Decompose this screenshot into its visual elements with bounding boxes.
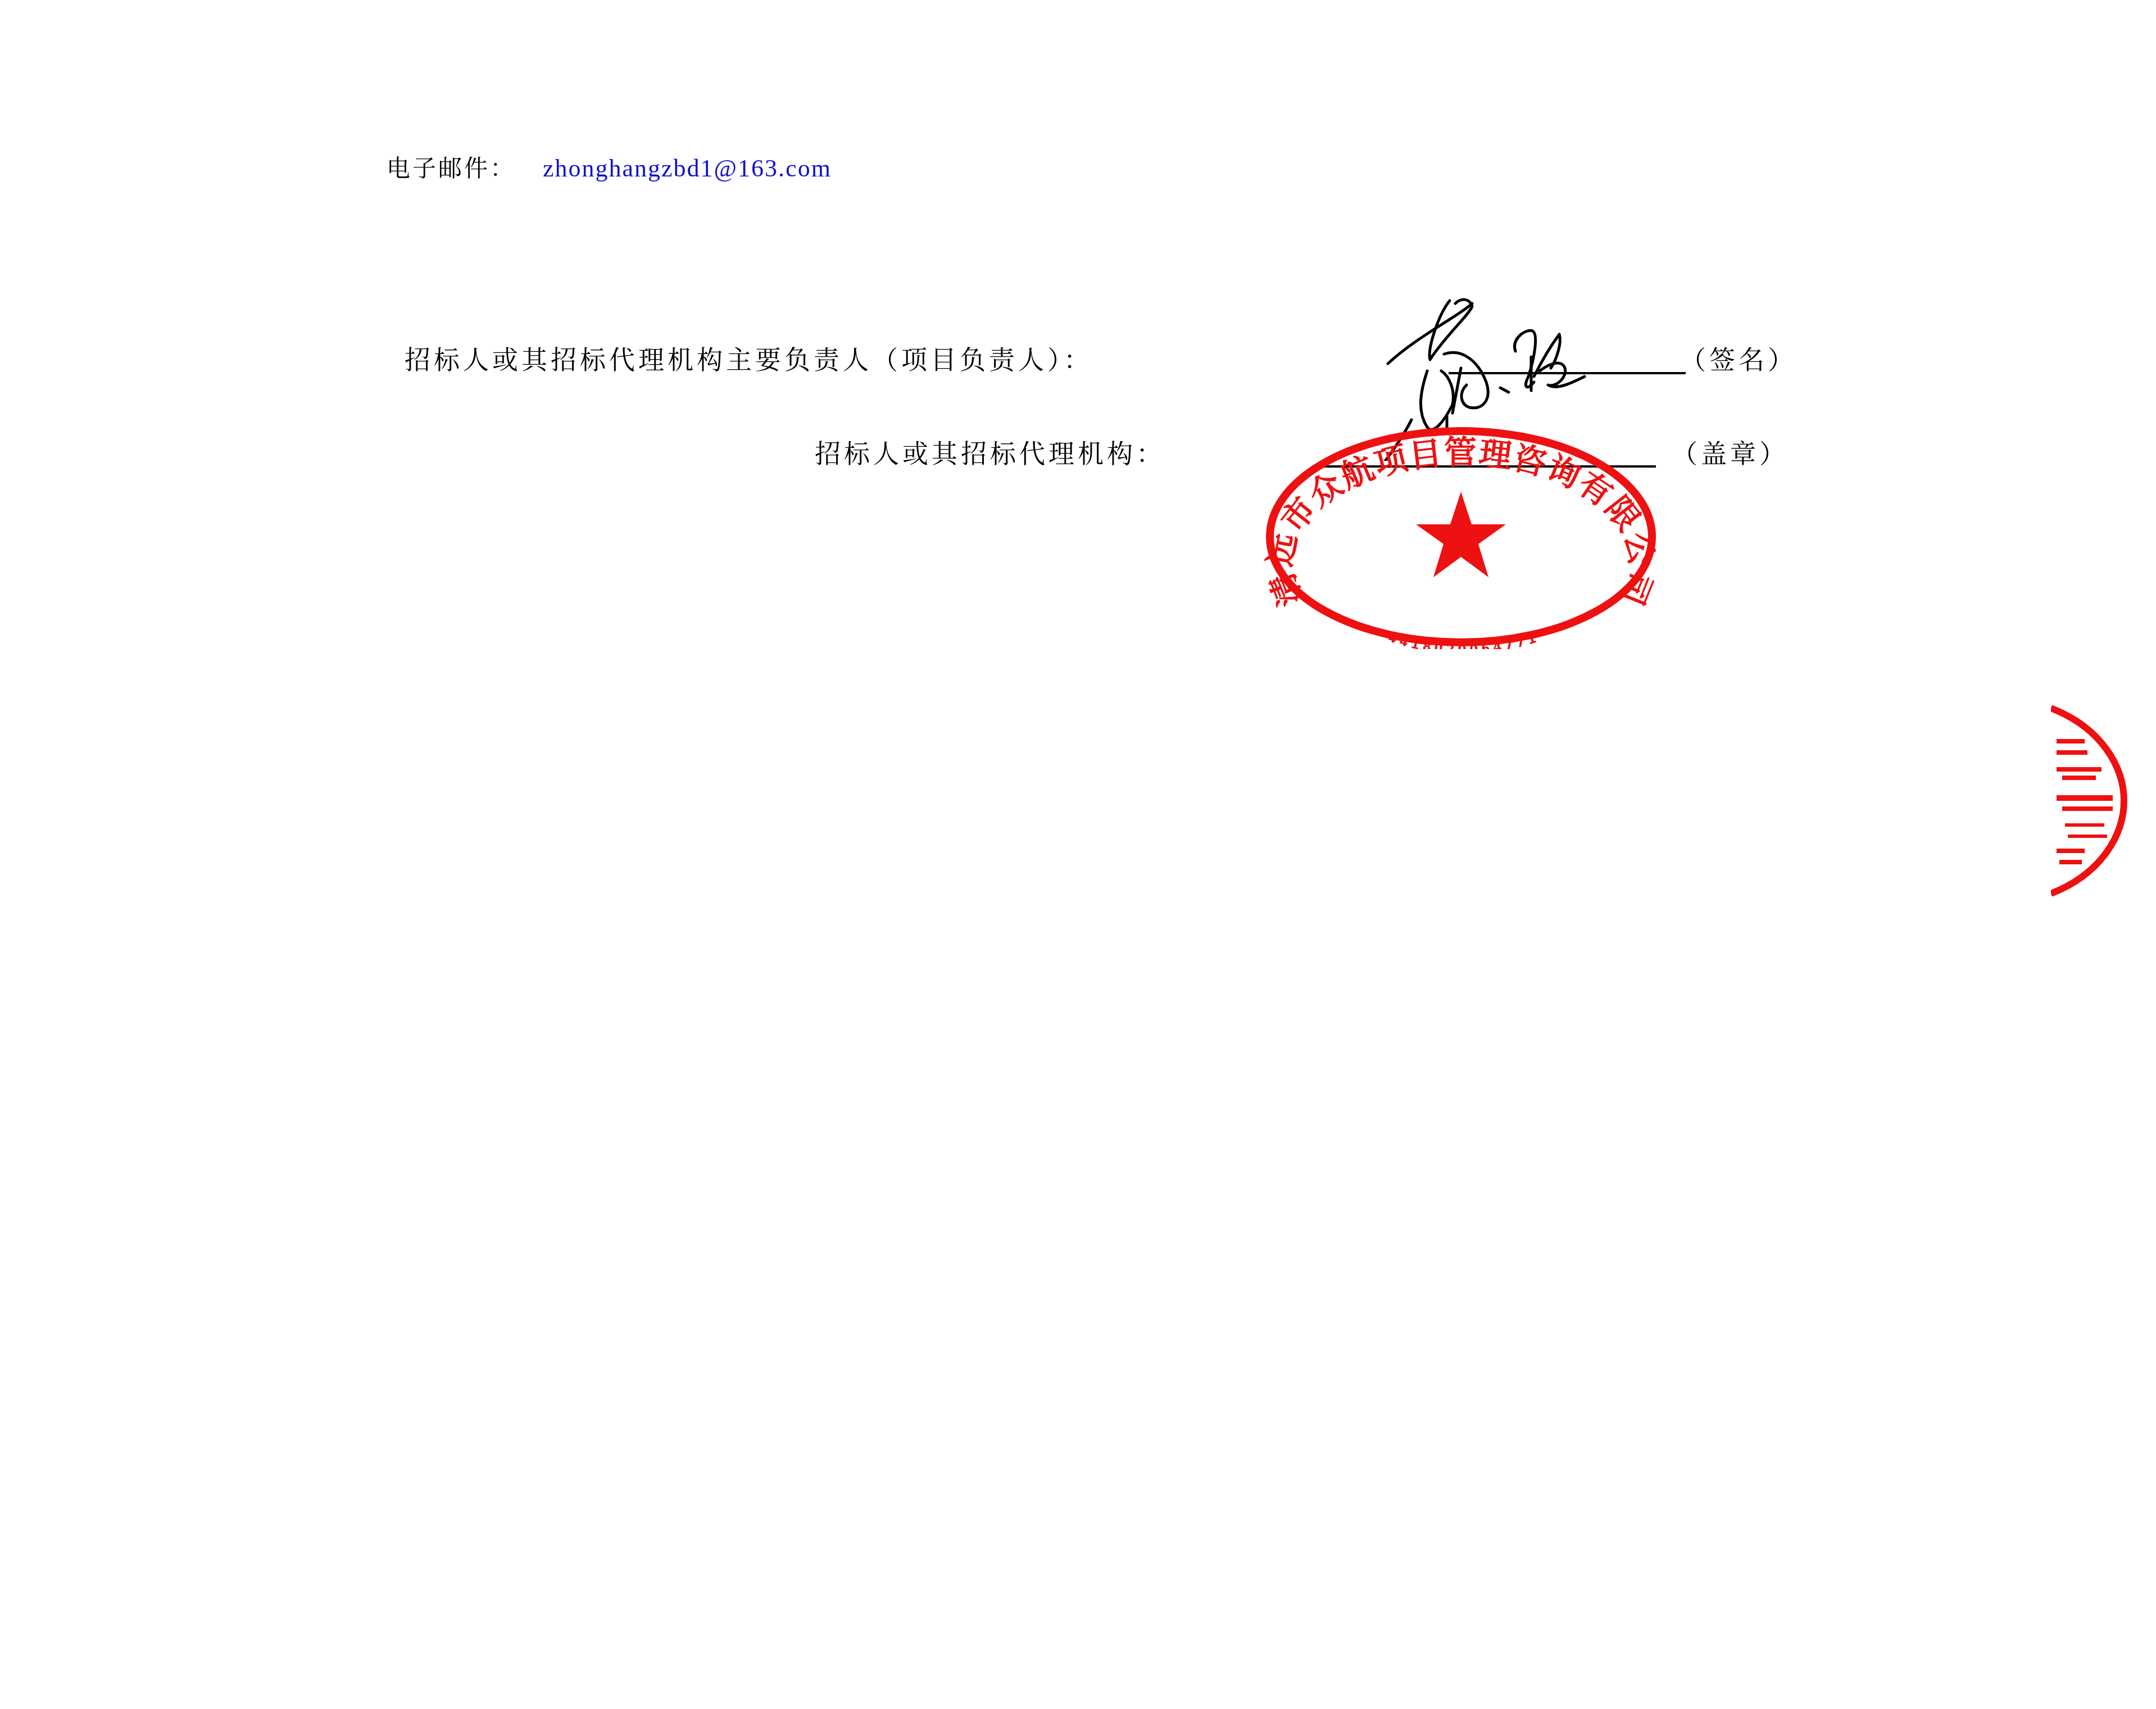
email-line: 电子邮件：zhonghangzbd1@163.com	[387, 152, 832, 185]
signature-blank-line	[1449, 372, 1686, 374]
signature-suffix: （签名）	[1680, 342, 1797, 378]
email-label: 电子邮件：	[387, 155, 516, 182]
email-address-link[interactable]: zhonghangzbd1@163.com	[543, 155, 832, 182]
principal-signature-label: 招标人或其招标代理机构主要负责人（项目负责人）：	[405, 342, 1093, 378]
agency-seal-label: 招标人或其招标代理机构：	[815, 436, 1165, 472]
seam-stamp-icon	[2051, 705, 2152, 896]
seal-suffix: （盖章）	[1672, 436, 1789, 472]
company-stamp-icon: 清远市众航项目管理咨询有限公司 4418020064771	[1261, 424, 1660, 649]
